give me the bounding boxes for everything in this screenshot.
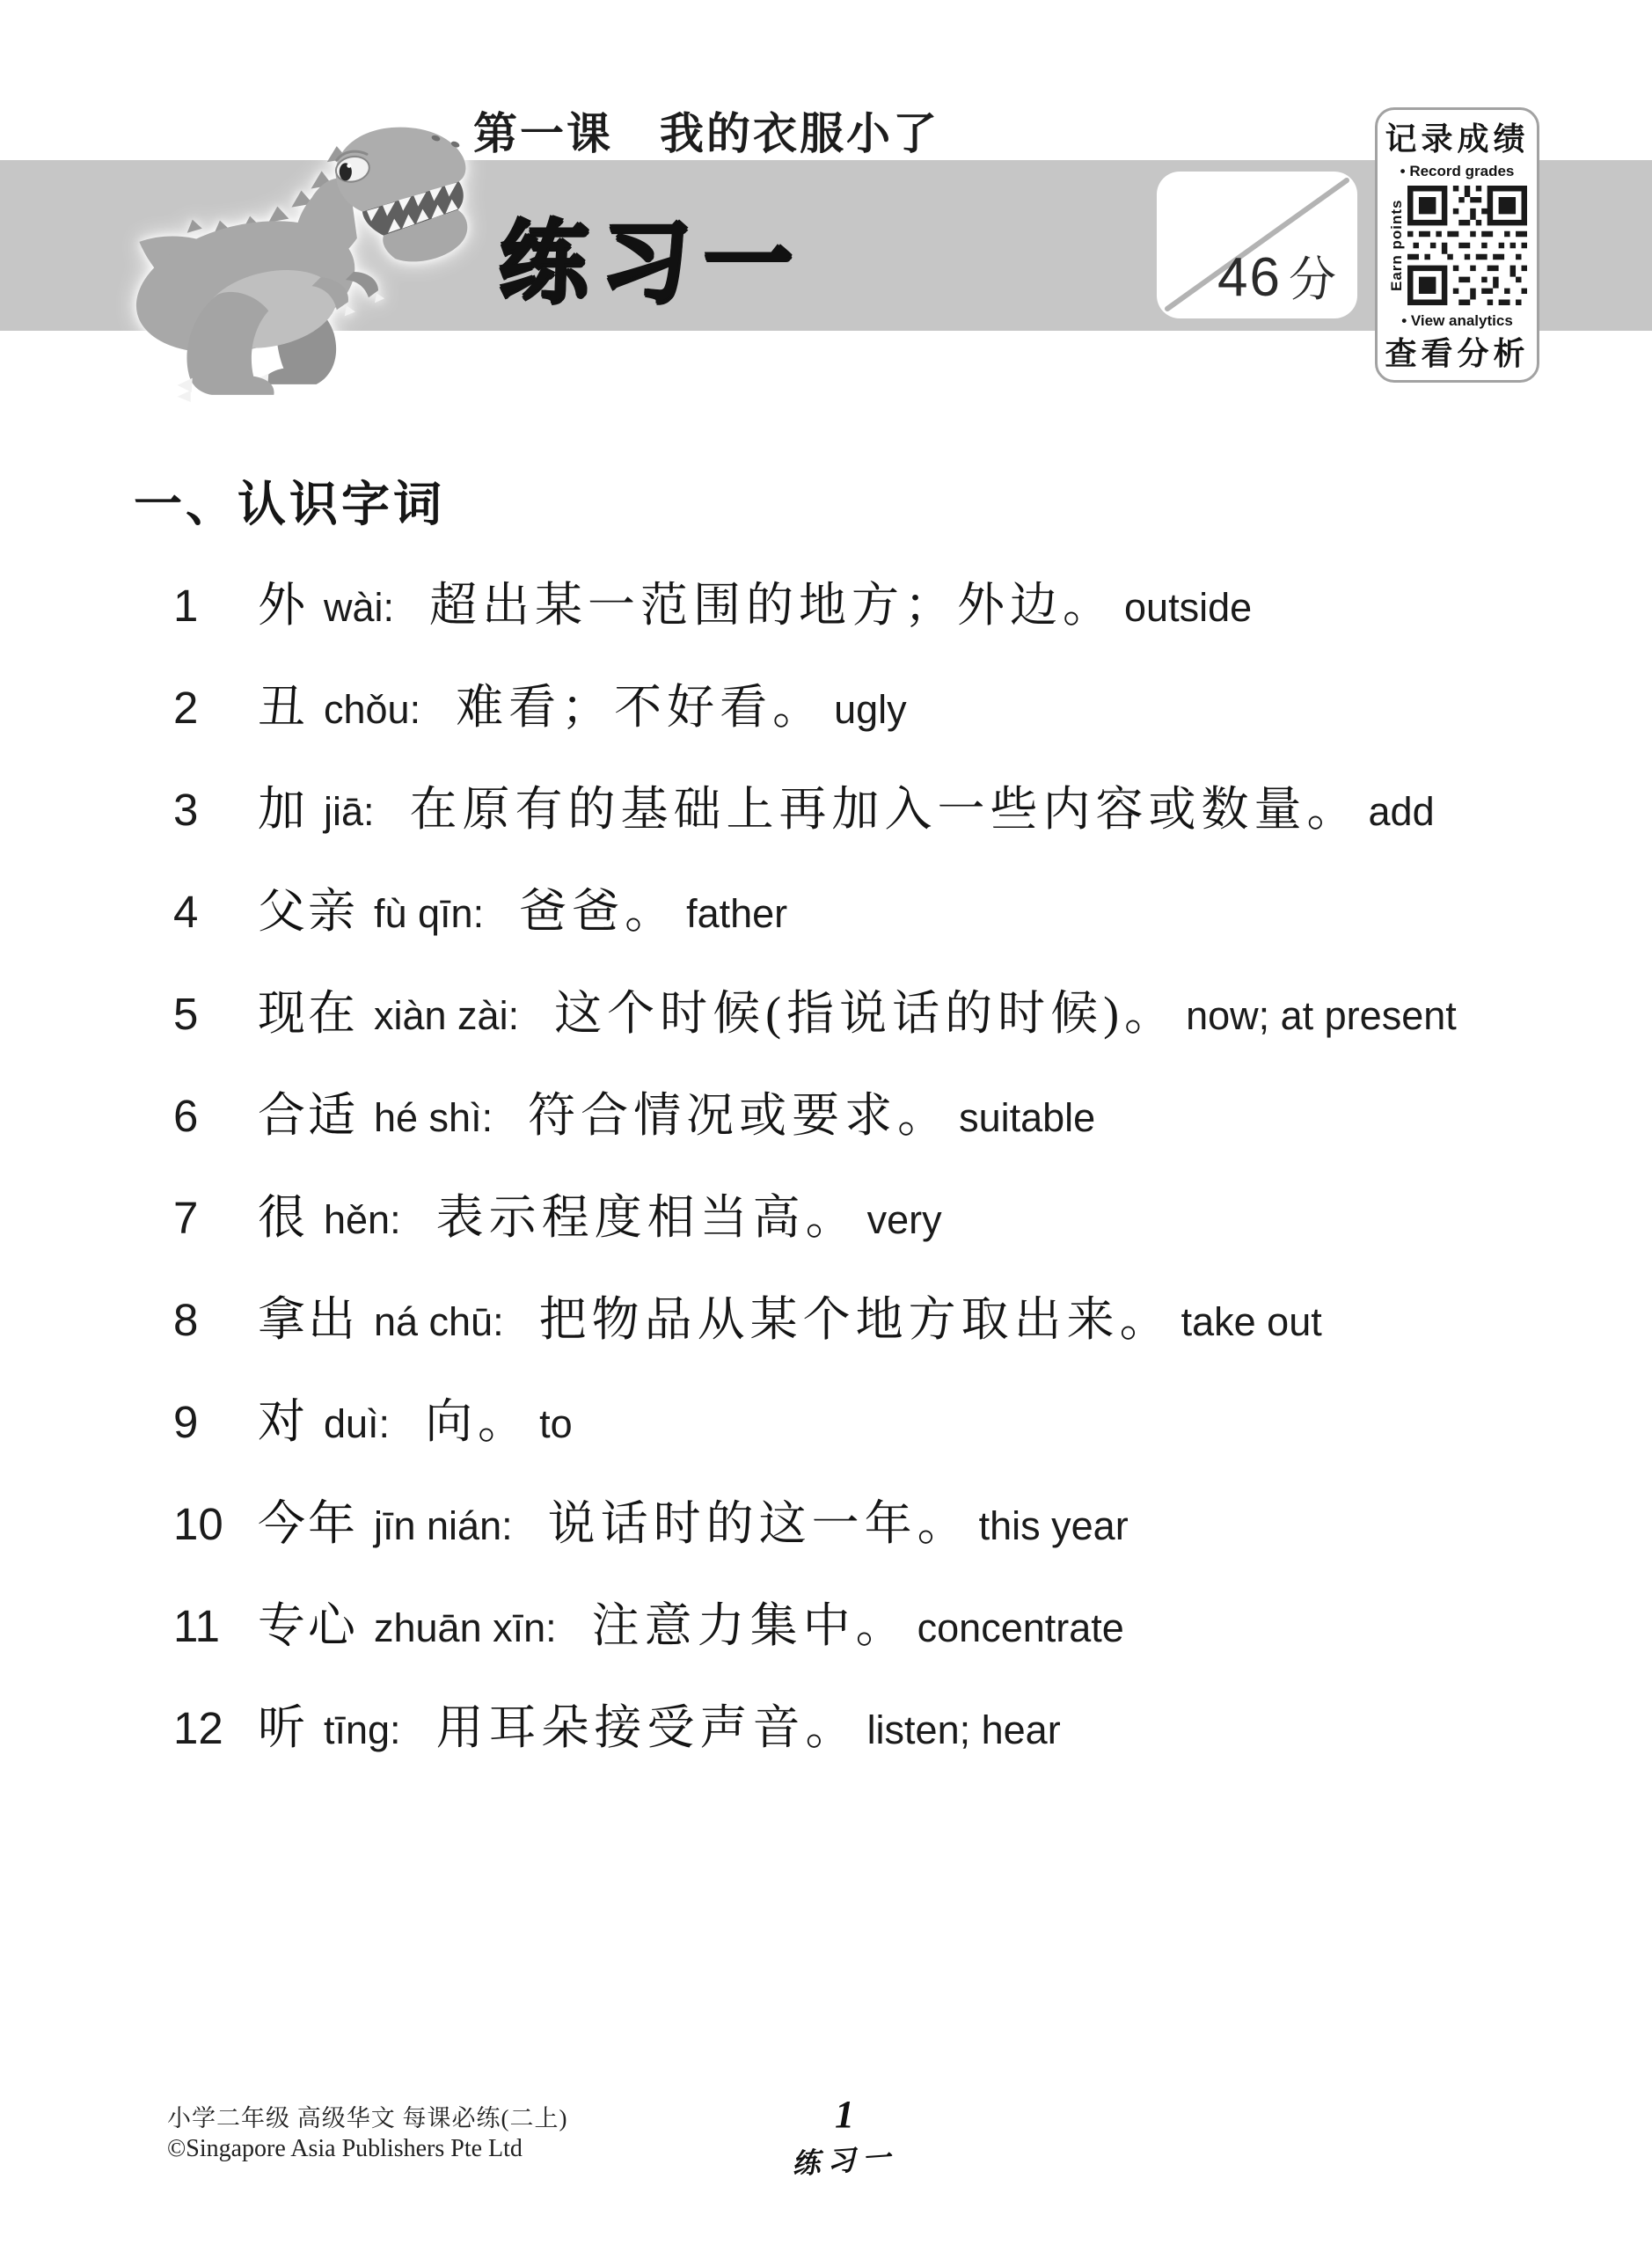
item-definition: 这个时候(指说话的时候)。	[554, 987, 1177, 1040]
item-definition: 向。	[425, 1395, 530, 1448]
qr-view-analytics-label: • View analytics	[1401, 312, 1513, 330]
item-pinyin: wài:	[324, 585, 394, 630]
item-pinyin: fù qīn:	[374, 891, 484, 936]
dinosaur-mascot-illustration	[130, 125, 471, 408]
item-number: 9	[173, 1371, 258, 1473]
item-english: father	[686, 891, 787, 936]
score-value: 46分	[1217, 242, 1338, 310]
item-english: suitable	[959, 1095, 1095, 1140]
item-word: 父亲	[258, 885, 358, 938]
vocab-item: 3加jiā:在原有的基础上再加入一些内容或数量。add	[173, 758, 1634, 860]
item-pinyin: hěn:	[324, 1197, 401, 1242]
item-word: 专心	[258, 1599, 358, 1652]
item-word: 加	[258, 783, 308, 836]
vocab-item: 7很hěn:表示程度相当高。very	[173, 1166, 1634, 1269]
item-number: 10	[173, 1473, 258, 1576]
qr-panel-footer: 查看分析	[1385, 337, 1529, 370]
score-number: 46	[1217, 247, 1282, 308]
item-word: 对	[258, 1395, 308, 1448]
footer-copyright: ©Singapore Asia Publishers Pte Ltd	[167, 2135, 567, 2163]
exercise-title: 练习一	[495, 190, 806, 318]
item-english: take out	[1181, 1299, 1322, 1344]
item-english: concentrate	[917, 1605, 1124, 1650]
lesson-header: 第一课 我的衣服小了	[473, 99, 939, 162]
item-english: this year	[979, 1503, 1129, 1548]
page-label: 练习一	[756, 2132, 934, 2185]
qr-earn-points-label: Earn points	[1388, 186, 1406, 305]
item-number: 4	[173, 861, 258, 963]
item-pinyin: jiā:	[324, 789, 375, 834]
item-english: add	[1369, 789, 1435, 834]
vocab-item: 1外wài:超出某一范围的地方；外边。outside	[173, 554, 1634, 656]
item-definition: 难看；不好看。	[456, 681, 825, 734]
item-definition: 注意力集中。	[592, 1599, 909, 1652]
vocab-item: 12听tīng:用耳朵接受声音。listen; hear	[173, 1677, 1634, 1779]
qr-code	[1407, 186, 1527, 305]
qr-panel: 记录成绩 • Record grades Earn points • View …	[1375, 107, 1539, 383]
item-english: very	[867, 1197, 942, 1242]
vocab-item: 4父亲fù qīn:爸爸。father	[173, 860, 1634, 962]
vocab-item: 6合适hé shì:符合情况或要求。suitable	[173, 1064, 1634, 1166]
item-number: 1	[173, 555, 258, 657]
workbook-page: 第一课 我的衣服小了	[0, 0, 1652, 2252]
vocab-item: 10今年jīn nián:说话时的这一年。this year	[173, 1473, 1634, 1575]
item-definition: 爸爸。	[519, 885, 677, 938]
item-number: 6	[173, 1065, 258, 1167]
item-number: 2	[173, 657, 258, 759]
item-word: 外	[258, 579, 308, 632]
item-pinyin: ná chū:	[374, 1299, 504, 1344]
item-number: 3	[173, 759, 258, 861]
vocab-item: 8拿出ná chū:把物品从某个地方取出来。take out	[173, 1269, 1634, 1371]
item-word: 听	[258, 1701, 308, 1754]
item-number: 11	[173, 1576, 258, 1678]
item-word: 现在	[258, 987, 358, 1040]
item-definition: 符合情况或要求。	[528, 1089, 950, 1142]
item-pinyin: duì:	[324, 1401, 390, 1446]
item-word: 很	[258, 1191, 308, 1244]
item-word: 今年	[258, 1497, 358, 1550]
item-english: listen; hear	[867, 1707, 1061, 1752]
item-english: to	[539, 1401, 573, 1446]
qr-panel-title: 记录成绩	[1385, 122, 1529, 156]
vocab-item: 9对duì:向。to	[173, 1371, 1634, 1473]
footer-page-info: 1 练习一	[757, 2092, 932, 2179]
item-english: outside	[1124, 585, 1252, 630]
item-definition: 说话时的这一年。	[548, 1497, 970, 1550]
item-definition: 表示程度相当高。	[436, 1191, 859, 1244]
item-english: now; at present	[1186, 993, 1457, 1038]
item-definition: 在原有的基础上再加入一些内容或数量。	[410, 783, 1360, 836]
vocab-item: 11专心zhuān xīn:注意力集中。concentrate	[173, 1575, 1634, 1677]
item-definition: 把物品从某个地方取出来。	[539, 1293, 1173, 1346]
item-english: ugly	[834, 687, 907, 732]
item-pinyin: xiàn zài:	[374, 993, 519, 1038]
item-pinyin: hé shì:	[374, 1095, 493, 1140]
item-number: 5	[173, 963, 258, 1065]
item-pinyin: chǒu:	[324, 687, 420, 732]
item-number: 8	[173, 1269, 258, 1371]
item-pinyin: tīng:	[324, 1707, 401, 1752]
item-pinyin: jīn nián:	[374, 1503, 513, 1548]
item-number: 12	[173, 1678, 258, 1780]
item-definition: 用耳朵接受声音。	[436, 1701, 859, 1754]
item-word: 合适	[258, 1089, 358, 1142]
page-number: 1	[757, 2092, 932, 2137]
score-unit: 分	[1289, 253, 1338, 306]
item-word: 丑	[258, 681, 308, 734]
footer-imprint: 小学二年级 高级华文 每课必练(二上) ©Singapore Asia Publ…	[167, 2099, 567, 2163]
item-word: 拿出	[258, 1293, 358, 1346]
qr-record-grades-label: • Record grades	[1400, 163, 1515, 180]
qr-middle-row: Earn points	[1388, 186, 1527, 305]
item-definition: 超出某一范围的地方；外边。	[429, 579, 1115, 632]
item-pinyin: zhuān xīn:	[374, 1605, 557, 1650]
vocab-list: 1外wài:超出某一范围的地方；外边。outside 2丑chǒu:难看；不好看…	[173, 554, 1634, 1779]
vocab-item: 2丑chǒu:难看；不好看。ugly	[173, 656, 1634, 758]
footer-series-title: 小学二年级 高级华文 每课必练(二上)	[167, 2099, 567, 2133]
vocab-item: 5现在xiàn zài:这个时候(指说话的时候)。now; at present	[173, 962, 1634, 1064]
score-box: 46分	[1157, 172, 1357, 318]
section-heading: 一、认识字词	[134, 465, 445, 535]
item-number: 7	[173, 1167, 258, 1269]
